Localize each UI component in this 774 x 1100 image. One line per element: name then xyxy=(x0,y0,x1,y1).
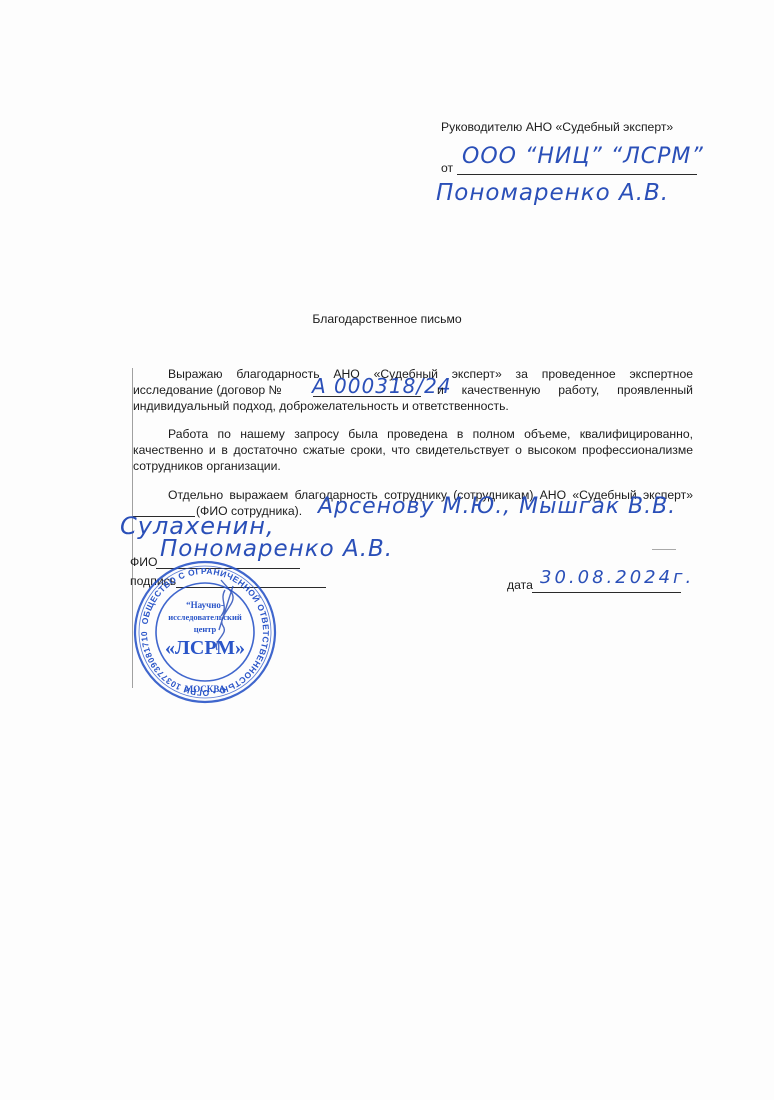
faint-dash xyxy=(652,549,676,550)
from-organization-handwritten: ООО “НИЦ” “ЛСРМ” xyxy=(462,144,704,169)
paragraph1-line3: индивидуальный подход, доброжелательност… xyxy=(133,398,509,415)
stamp-inner-line1: “Научно- xyxy=(186,600,224,610)
document-page: Руководителю АНО «Судебный эксперт» от О… xyxy=(0,0,774,1100)
paragraph2-line3: сотрудников организации. xyxy=(133,458,281,475)
paragraph2-line2: качественно и в достаточно сжатые сроки,… xyxy=(133,442,693,459)
from-person-handwritten: Пономаренко А.В. xyxy=(436,180,669,206)
contract-number-handwritten: А 000318/24 xyxy=(312,374,452,398)
addressee: Руководителю АНО «Судебный эксперт» xyxy=(441,119,673,136)
paragraph1-line2-after: и качественную работу, проявленный xyxy=(437,382,693,399)
stamp-inner-line3: центр xyxy=(194,624,217,634)
from-underline xyxy=(457,174,697,175)
stamp-center-text: «ЛСРМ» xyxy=(165,637,245,659)
date-underline xyxy=(532,592,681,593)
stamp-city-text: МОСКВА xyxy=(185,684,226,694)
paragraph1-line2-before: исследование (договор № xyxy=(133,382,282,399)
employees-handwritten-line1: Арсеновy М.Ю., Мышгак В.В. xyxy=(318,494,676,519)
company-seal-stamp: ОБЩЕСТВО С ОГРАНИЧЕННОЙ ОТВЕТСТВЕННОСТЬЮ… xyxy=(133,560,277,704)
fio-handwritten: Пономаренко А.В. xyxy=(160,536,393,562)
paragraph2-line1: Работа по нашему запросу была проведена … xyxy=(168,426,693,443)
from-label: от xyxy=(441,160,453,177)
document-title: Благодарственное письмо xyxy=(0,311,774,328)
stamp-inner-line2: исследовательский xyxy=(168,612,242,622)
date-label: дата xyxy=(507,577,533,594)
date-handwritten: 30.08.2024г. xyxy=(540,567,694,588)
